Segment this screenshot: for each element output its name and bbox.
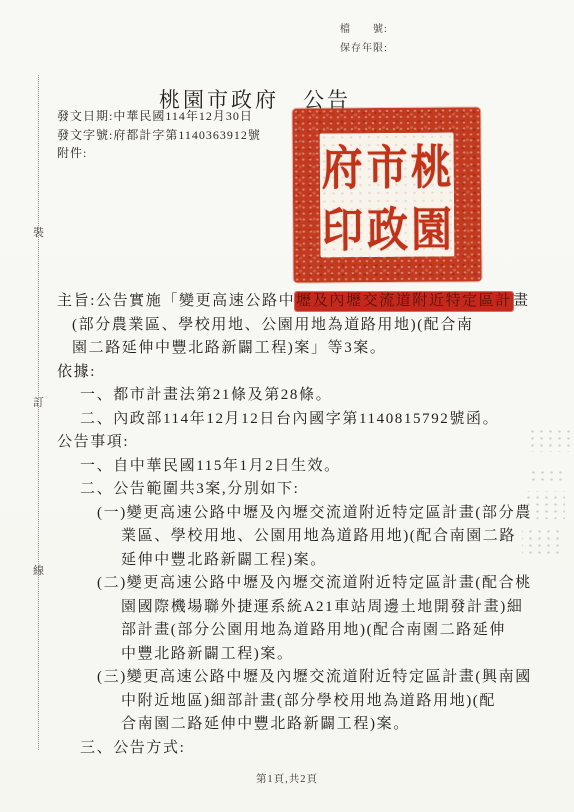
text-segment: 業區、學校用地、公園用地為道路用地)(配合南園二路 xyxy=(121,528,516,544)
scanned-document-page: 檔 號: 保存年限: 桃園市政府 公告 發文日期:中華民國114年12月30日 … xyxy=(0,0,574,812)
text-segment: 公告事項: xyxy=(57,434,129,450)
issue-date-value: 中華民國114年12月30日 xyxy=(113,109,253,123)
document-line: 二、公告範圍共3案,分別如下: xyxy=(0,478,574,502)
document-line: 二、內政部114年12月12日台內國字第1140815792號函。 xyxy=(0,408,574,432)
issue-meta-block: 發文日期:中華民國114年12月30日 發文字號:府都計字第1140363912… xyxy=(57,107,261,163)
scan-artifact-dots xyxy=(523,491,565,519)
scan-artifact-dots xyxy=(526,467,562,484)
text-segment: 中豐北路新闢工程)案。 xyxy=(121,646,294,662)
text-segment: (三)變更高速公路中壢及內壢交流道附近特定區計畫(興南國 xyxy=(97,669,532,685)
seal-char: 印 xyxy=(320,190,366,263)
text-segment: 依據: xyxy=(57,364,96,380)
seal-char: 園 xyxy=(409,189,455,262)
text-segment: 延伸中豐北路新闢工程)案。 xyxy=(121,552,327,568)
text-segment: 一、自中華民國115年1月2日生效。 xyxy=(80,458,341,474)
issue-date-label: 發文日期: xyxy=(57,109,113,123)
official-red-seal: 府 市 桃 印 政 園 xyxy=(292,107,481,282)
text-segment: 三、公告方式: xyxy=(80,740,185,756)
document-line: 中附近地區)細部計畫(部分學校用地為道路用地)(配 xyxy=(0,690,574,714)
doc-number-value: 府都計字第1140363912號 xyxy=(113,128,261,142)
page-number-footer: 第1頁,共2頁 xyxy=(0,771,574,786)
scan-artifact-dots xyxy=(522,527,560,555)
text-segment: 園二路延伸中豐北路新闢工程)案」等3案。 xyxy=(72,340,387,356)
text-segment: 中附近地區)細部計畫(部分學校用地為道路用地)(配 xyxy=(121,693,496,709)
issue-date-row: 發文日期:中華民國114年12月30日 xyxy=(57,107,261,126)
document-line: 園二路延伸中豐北路新闢工程)案」等3案。 xyxy=(0,337,574,361)
retention-period-label: 保存年限: xyxy=(340,39,388,58)
text-segment: 畫 xyxy=(513,293,530,309)
text-segment: (部分農業區、學校用地、公園用地為道路用地)(配合南 xyxy=(72,317,474,333)
document-line: 業區、學校用地、公園用地為道路用地)(配合南園二路 xyxy=(0,525,574,549)
text-segment: 部計畫(部分公園用地為道路用地)(配合南園二路延伸 xyxy=(121,622,506,638)
scan-artifact-dots xyxy=(528,428,570,452)
document-line: (二)變更高速公路中壢及內壢交流道附近特定區計畫(配合桃 xyxy=(0,572,574,596)
document-line: 公告事項: xyxy=(0,431,574,455)
text-segment: 二、公告範圍共3案,分別如下: xyxy=(80,481,299,497)
document-line: 三、公告方式: xyxy=(0,737,574,761)
document-body-lines: 主旨:公告實施「變更高速公路中壢及內壢交流道附近特定區計畫(部分農業區、學校用地… xyxy=(0,290,574,760)
text-segment: 二、內政部114年12月12日台內國字第1140815792號函。 xyxy=(80,411,499,427)
attachment-label: 附件: xyxy=(57,146,87,160)
text-segment: (一)變更高速公路中壢及內壢交流道附近特定區計畫(部分農 xyxy=(97,505,532,521)
doc-number-label: 發文字號: xyxy=(57,128,113,142)
document-line: (部分農業區、學校用地、公園用地為道路用地)(配合南 xyxy=(0,314,574,338)
document-line: 中豐北路新闢工程)案。 xyxy=(0,643,574,667)
seal-char: 政 xyxy=(364,189,410,262)
document-line: 部計畫(部分公園用地為道路用地)(配合南園二路延伸 xyxy=(0,619,574,643)
document-line: 合南園二路延伸中豐北路新闢工程)案。 xyxy=(0,713,574,737)
document-line: 主旨:公告實施「變更高速公路中壢及內壢交流道附近特定區計畫 xyxy=(0,290,574,314)
document-line: 一、都市計畫法第21條及第28條。 xyxy=(0,384,574,408)
document-line: 依據: xyxy=(0,361,574,385)
document-line: (三)變更高速公路中壢及內壢交流道附近特定區計畫(興南國 xyxy=(0,666,574,690)
binding-mark-zhuang: 裝 xyxy=(31,224,46,240)
archive-meta-box: 檔 號: 保存年限: xyxy=(340,20,388,58)
text-segment: 園國際機場聯外捷運系統A21車站周邊土地開發計畫)細 xyxy=(121,599,523,615)
document-line: 一、自中華民國115年1月2日生效。 xyxy=(0,455,574,479)
file-number-label: 檔 號: xyxy=(340,20,388,39)
text-segment: 主旨:公告實施「變更高速公路中 xyxy=(57,293,295,309)
text-segment: 一、都市計畫法第21條及第28條。 xyxy=(80,387,332,403)
highlighted-text: 壢及內壢交流道附近特定區計 xyxy=(295,292,513,311)
seal-script-characters: 府 市 桃 印 政 園 xyxy=(320,133,455,258)
text-segment: 合南園二路延伸中豐北路新闢工程)案。 xyxy=(121,716,410,732)
document-line: 延伸中豐北路新闢工程)案。 xyxy=(0,549,574,573)
document-line: 園國際機場聯外捷運系統A21車站周邊土地開發計畫)細 xyxy=(0,596,574,620)
text-segment: (二)變更高速公路中壢及內壢交流道附近特定區計畫(配合桃 xyxy=(97,575,532,591)
attachment-row: 附件: xyxy=(57,144,261,163)
doc-number-row: 發文字號:府都計字第1140363912號 xyxy=(57,126,261,145)
document-line: (一)變更高速公路中壢及內壢交流道附近特定區計畫(部分農 xyxy=(0,502,574,526)
